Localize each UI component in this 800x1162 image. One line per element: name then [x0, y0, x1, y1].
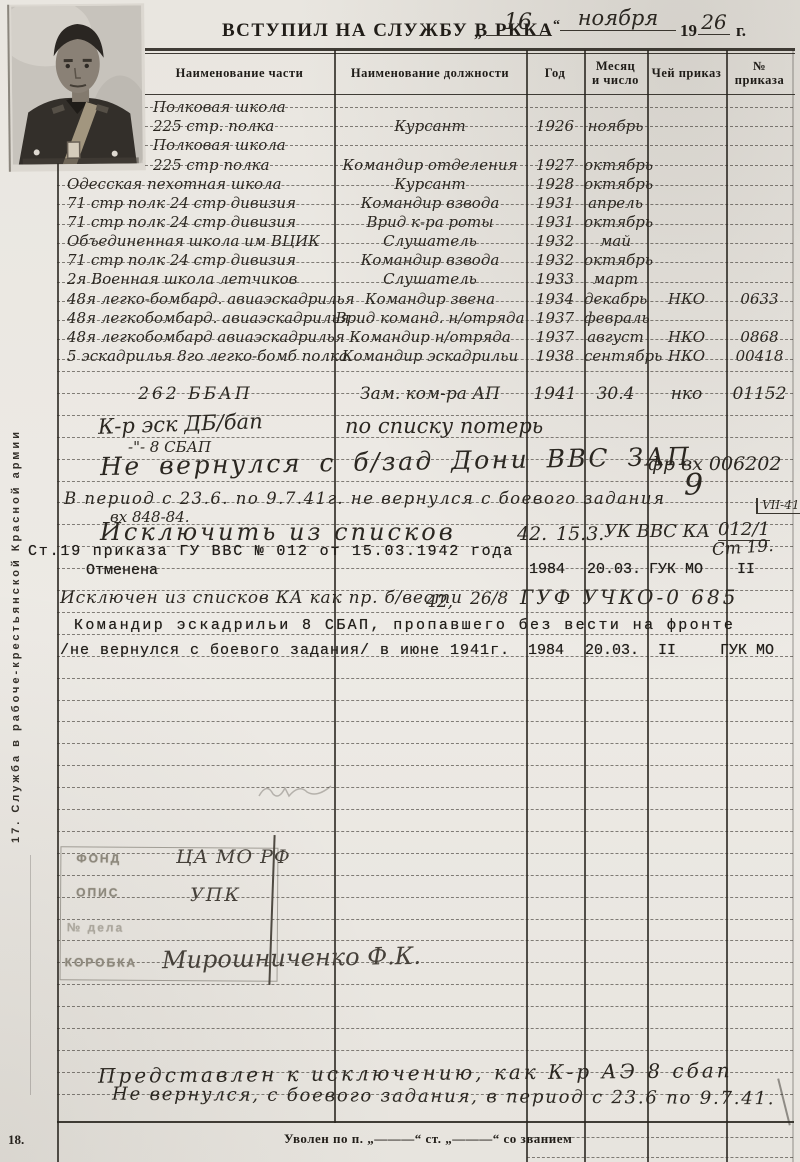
year-cell: 1932 — [526, 252, 584, 269]
position-cell: Зам. ком-ра АП — [334, 386, 526, 403]
typed-did-not-return: /не вернулся с боевого задания/ в июне 1… — [60, 642, 510, 659]
stamp-surname: Мирошниченко Ф.К. — [162, 942, 421, 975]
position-cell: Курсант — [334, 118, 526, 135]
position-cell: Курсант — [334, 176, 526, 193]
unit-cell: Полковая школа — [57, 99, 334, 116]
service-history-table: Полковая школа 225 стр. полка Курсант 19… — [57, 97, 793, 403]
position-cell: Врид к-ра роты — [334, 214, 526, 231]
position-cell: Врид команд. н/отряда — [334, 310, 526, 327]
service-row: Объединенная школа им ВЦИК Слушатель 193… — [57, 231, 793, 250]
year-cell: 1941 — [526, 386, 584, 403]
month-cell: март — [584, 271, 647, 288]
note-strike-from-lists: Исключить из списков — [100, 518, 456, 546]
position-cell: Командир взвода — [334, 252, 526, 269]
typed-cancelled-date: 20.03. — [587, 561, 641, 578]
unit-cell: 71 стр полк 24 стр дивизия — [57, 252, 334, 269]
section-18-number: 18. — [8, 1132, 24, 1148]
order-number-cell: 00418 — [726, 348, 793, 365]
typed-cancelled-number: II — [737, 561, 755, 578]
section-17-label: 17. Служба в рабоче-крестьянской Красной… — [10, 392, 32, 880]
header-top-rule — [145, 48, 795, 51]
service-row: 48я легкобомбард авиаэскадрилья Командир… — [57, 327, 793, 346]
discharged-form-line: Уволен по п. „———“ ст. „———“ со званием — [284, 1131, 572, 1147]
unit-cell: 48я легко-бомбард. авиаэскадрилья — [57, 291, 334, 308]
position-cell: Командир отделения — [334, 157, 526, 174]
service-row: 71 стр полк 24 стр дивизия Командир взво… — [57, 250, 793, 269]
month-cell: октябрь — [584, 214, 647, 231]
unit-cell: 2я Военная школа летчиков — [57, 271, 334, 288]
year-cell: 1937 — [526, 329, 584, 346]
faint-scribble — [255, 780, 335, 802]
unit-cell: 225 стр. полка — [57, 118, 334, 135]
unit-cell: 71 стр полк 24 стр дивизия — [57, 195, 334, 212]
order-number-cell: 01152 — [726, 386, 793, 403]
service-row — [57, 365, 793, 384]
month-cell: август — [584, 329, 647, 346]
month-cell: октябрь — [584, 176, 647, 193]
position-cell: Слушатель — [334, 271, 526, 288]
position-cell: Командир эскадрильи — [334, 348, 526, 365]
year-cell: 1931 — [526, 214, 584, 231]
unit-cell: 262 ББАП — [57, 386, 334, 403]
service-row: Полковая школа — [57, 97, 793, 116]
stamp-opis-label: ОПИС — [76, 885, 119, 899]
order-authority-cell: НКО — [647, 329, 726, 346]
note-incoming-number: фр вх 006202 — [648, 453, 781, 475]
year-cell: 1928 — [526, 176, 584, 193]
service-row: 71 стр полк 24 стр дивизия Врид к-ра рот… — [57, 212, 793, 231]
year-cell: 1933 — [526, 271, 584, 288]
stamp-delo-label: № дела — [67, 920, 124, 934]
service-row: 71 стр полк 24 стр дивизия Командир взво… — [57, 193, 793, 212]
typed-cancelled-year: 1984 — [529, 561, 565, 578]
note-excluded-order: ГУФ УЧКО-0 685 — [520, 585, 738, 609]
unit-cell: Полковая школа — [57, 137, 334, 154]
service-row: 48я легкобомбард. авиаэскадрилья Врид ко… — [57, 308, 793, 327]
typed-nv-year: 1984 — [528, 642, 564, 659]
header-bottom-rule — [145, 94, 795, 96]
unit-cell: 225 стр полка — [57, 157, 334, 174]
month-cell: 30.4 — [584, 386, 647, 403]
typed-article-19-order: Ст.19 приказа ГУ ВВС № 012 от 15.03.1942… — [28, 543, 514, 560]
typed-nv-number: II — [658, 642, 676, 659]
note-per-casualty-list: по списку потерь — [345, 414, 543, 438]
typed-commander-missing: Командир эскадрильи 8 СБАП, пропавшего б… — [74, 617, 735, 634]
service-row: 225 стр. полка Курсант 1926 ноябрь — [57, 116, 793, 135]
typed-nv-authority: ГУК МО — [720, 642, 774, 659]
service-row: Одесская пехотная школа Курсант 1928 окт… — [57, 174, 793, 193]
order-number-cell: 0868 — [726, 329, 793, 346]
service-row: 262 ББАП Зам. ком-ра АП 1941 30.4 нко 01… — [57, 384, 793, 403]
service-record-document: ВСТУПИЛ НА СЛУЖБУ В РККА „ 16 “ ноября 1… — [0, 0, 800, 1162]
position-cell: Командир звена — [334, 291, 526, 308]
stamp-archive-name: ЦА МО РФ — [176, 846, 291, 868]
typed-nv-date: 20.03. — [585, 642, 639, 659]
order-authority-cell: НКО — [647, 348, 726, 365]
service-row: 5 эскадрилья 8го легко-бомб полка Команд… — [57, 346, 793, 365]
note-day-9: 9 — [684, 468, 703, 503]
month-cell: ноябрь — [584, 118, 647, 135]
year-cell: 1934 — [526, 291, 584, 308]
section-18-top-rule — [57, 1121, 794, 1123]
service-row: 225 стр полка Командир отделения 1927 ок… — [57, 154, 793, 173]
position-cell: Командир взвода — [334, 195, 526, 212]
margin-crease-line — [30, 855, 31, 1095]
unit-cell: 5 эскадрилья 8го легко-бомб полка — [57, 348, 334, 365]
stamp-korobka-label: КОРОБКА — [65, 955, 138, 970]
note-date-vii-41: VII-41 — [756, 498, 800, 514]
year-cell: 1938 — [526, 348, 584, 365]
month-cell: февраль — [584, 310, 647, 327]
month-cell: октябрь — [584, 157, 647, 174]
order-authority-cell: НКО — [647, 291, 726, 308]
month-cell: май — [584, 233, 647, 250]
stamp-fond-label: ФОНД — [76, 851, 121, 865]
month-cell: апрель — [584, 195, 647, 212]
typed-cancelled: Отменена — [86, 562, 158, 579]
service-row: 48я легко-бомбард. авиаэскадрилья Команд… — [57, 288, 793, 307]
year-cell: 1927 — [526, 157, 584, 174]
unit-cell: Объединенная школа им ВЦИК — [57, 233, 334, 250]
unit-cell: 48я легкобомбард. авиаэскадрилья — [57, 310, 334, 327]
position-cell: Слушатель — [334, 233, 526, 250]
note-missing-period: В период с 23.6. по 9.7.41г. не вернулся… — [64, 489, 665, 508]
note-excluded-missing: Исключен из списков КА как пр. б/вести — [60, 588, 463, 608]
note-strike-authority: УК ВВС КА — [604, 521, 710, 542]
note-strike-year: 42. — [517, 523, 547, 545]
note-excluded-year: 42, — [426, 592, 453, 612]
header-top-rule-2 — [145, 53, 795, 54]
year-cell: 1926 — [526, 118, 584, 135]
order-authority-cell: нко — [647, 386, 726, 403]
unit-cell: 71 стр полк 24 стр дивизия — [57, 214, 334, 231]
order-number-cell: 0633 — [726, 291, 793, 308]
typed-cancelled-authority: ГУК МО — [649, 561, 703, 578]
year-cell: 1937 — [526, 310, 584, 327]
stamp-upk: УПК — [190, 884, 241, 906]
position-cell: Командир н/отряда — [334, 329, 526, 346]
month-cell: декабрь — [584, 291, 647, 308]
year-cell: 1931 — [526, 195, 584, 212]
year-cell: 1932 — [526, 233, 584, 250]
service-row: 2я Военная школа летчиков Слушатель 1933… — [57, 269, 793, 288]
unit-cell: Одесская пехотная школа — [57, 176, 334, 193]
note-strike-date: 15.3. — [556, 523, 604, 545]
unit-cell: 48я легкобомбард авиаэскадрилья — [57, 329, 334, 346]
note-article-19: Ст 19. — [711, 536, 774, 560]
month-cell: октябрь — [584, 252, 647, 269]
service-row: Полковая школа — [57, 135, 793, 154]
note-excluded-date: 26/8 — [470, 589, 508, 609]
month-cell: сентябрь — [584, 348, 647, 365]
